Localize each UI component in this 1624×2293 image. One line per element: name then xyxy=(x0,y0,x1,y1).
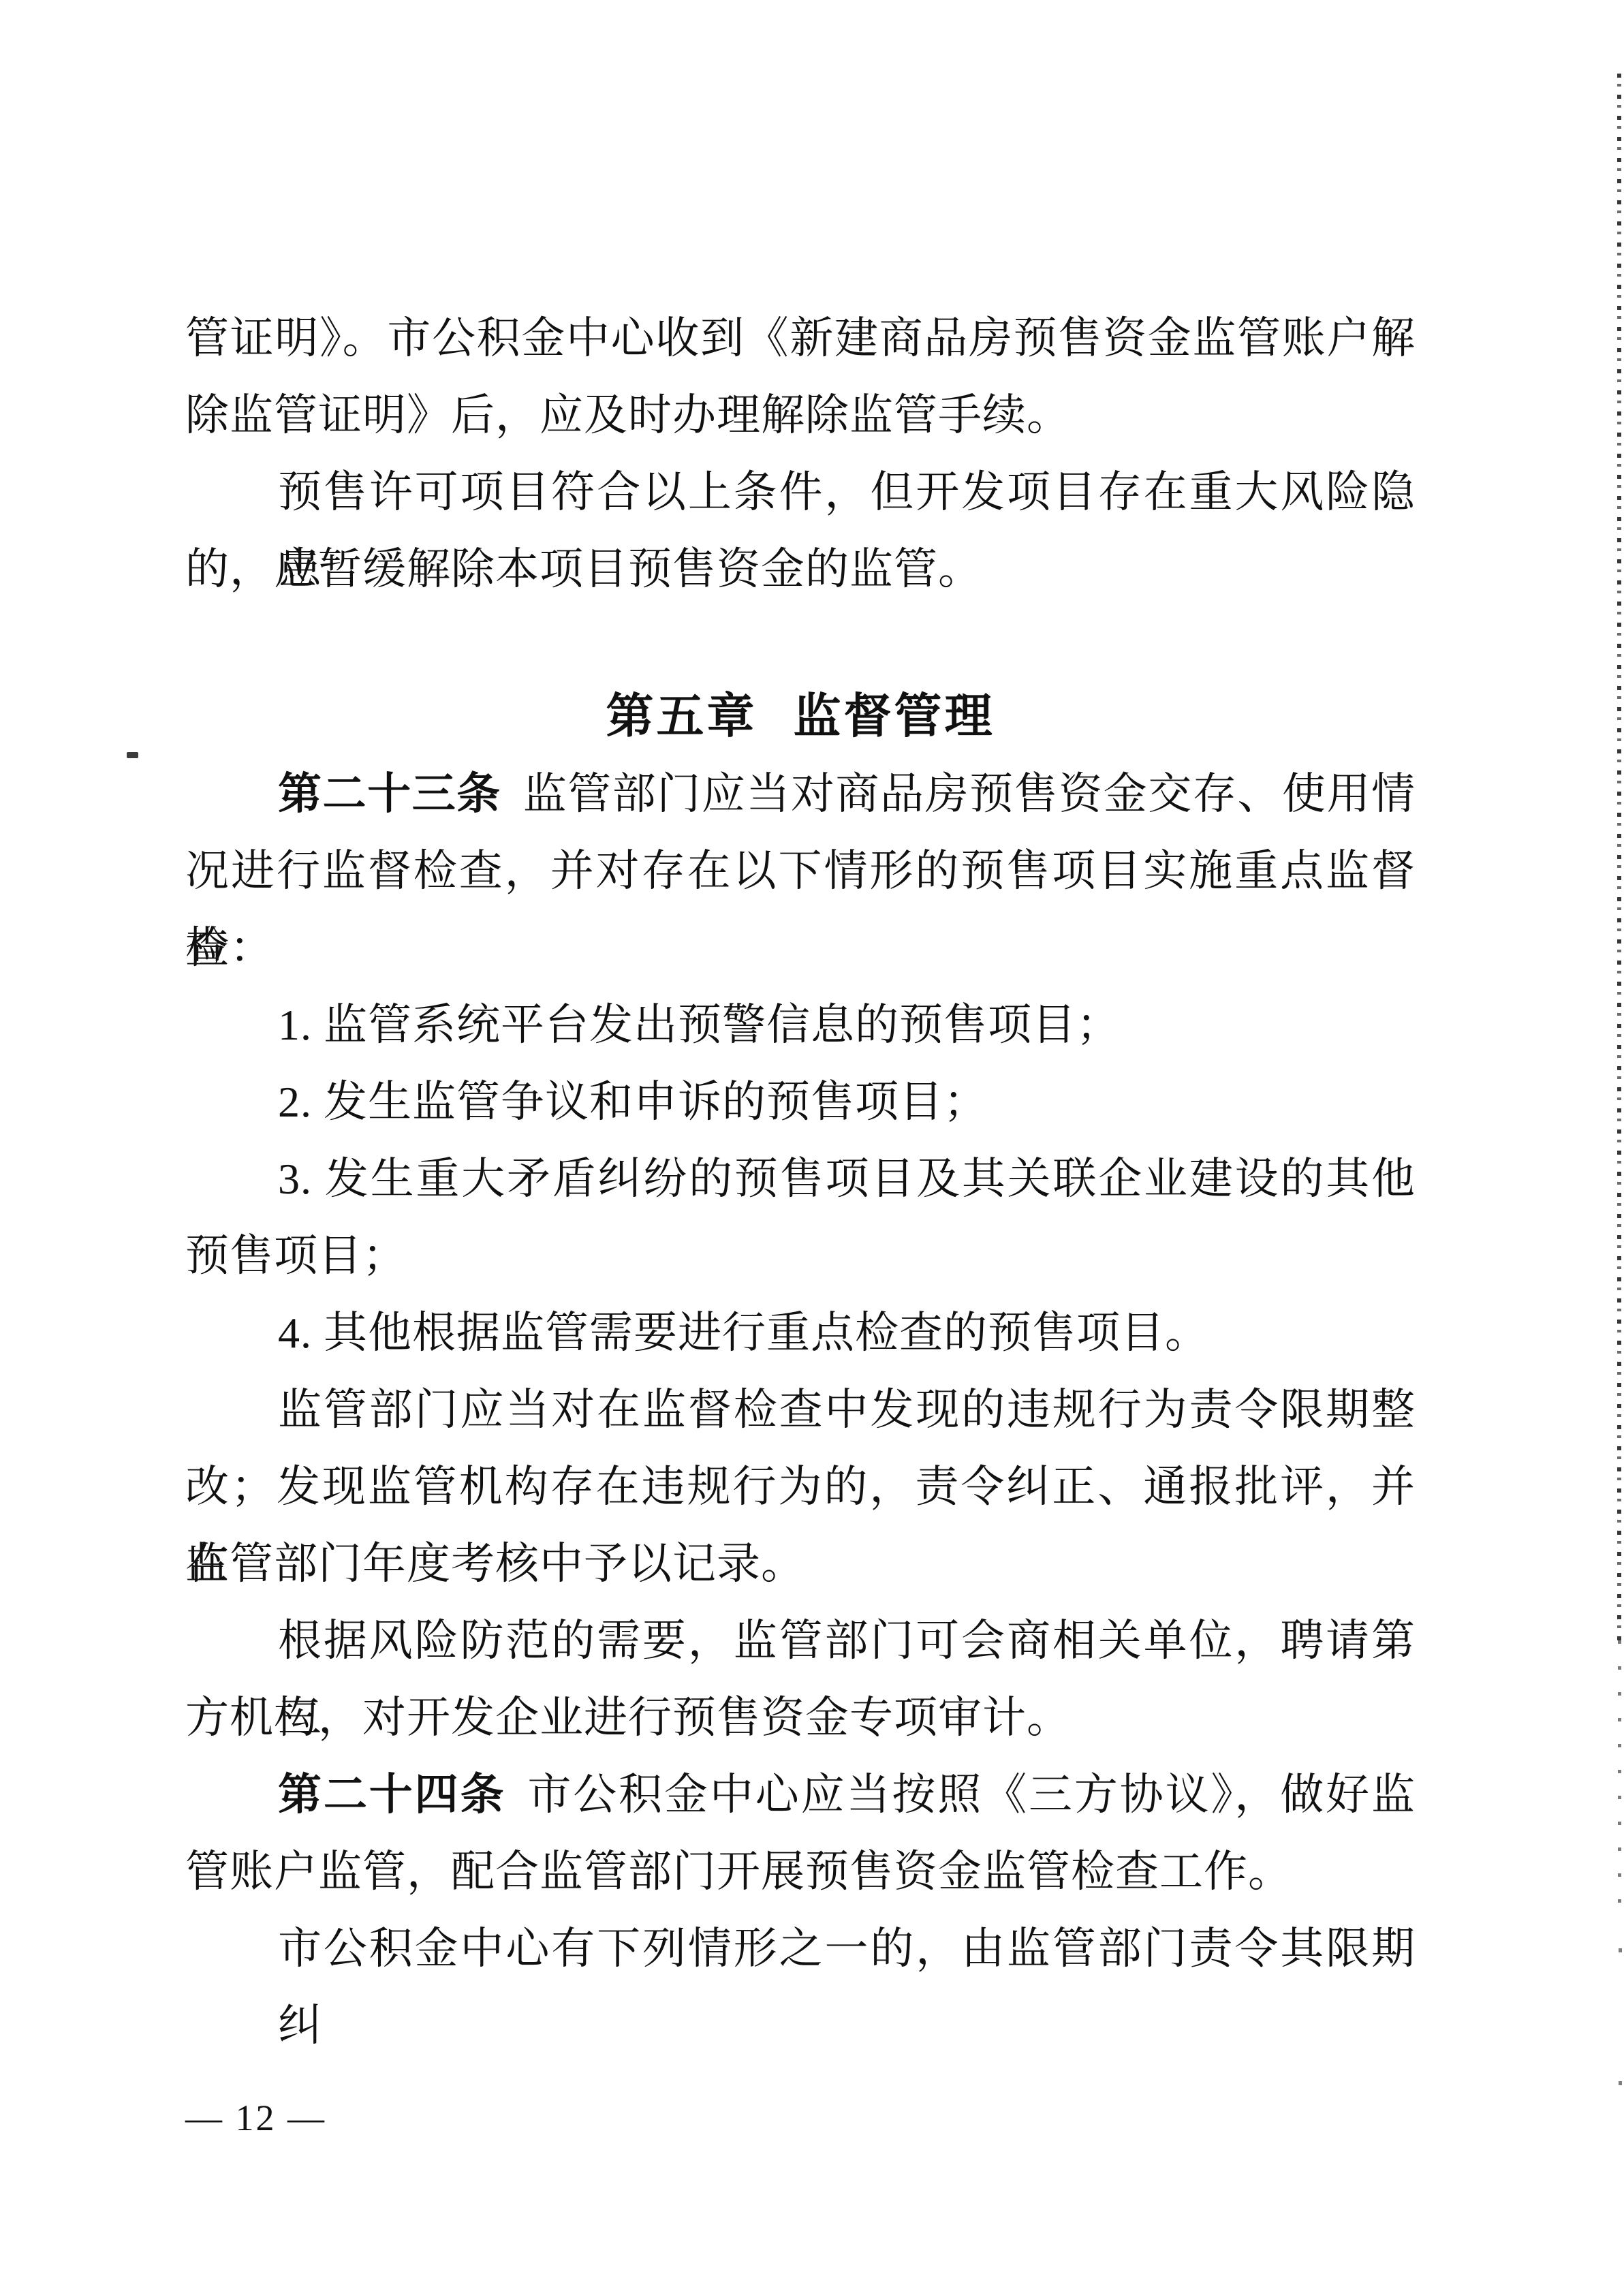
chapter-heading: 第五章 监督管理 xyxy=(185,678,1416,755)
body-line: 第二十三条监管部门应当对商品房预售资金交存、使用情 xyxy=(185,755,1416,832)
body-line: 管证明》。市公积金中心收到《新建商品房预售资金监管账户解 xyxy=(185,300,1416,377)
line-text: 监管部门年度考核中予以记录。 xyxy=(185,1540,805,1588)
line-text: 方机构，对开发企业进行预售资金专项审计。 xyxy=(185,1694,1071,1742)
article-number: 第二十四条 xyxy=(278,1771,505,1819)
body-line: 预售项目； xyxy=(185,1217,1416,1294)
body-line-list-item: 1. 监管系统平台发出预警信息的预售项目； xyxy=(185,986,1416,1063)
body-line: 预售许可项目符合以上条件，但开发项目存在重大风险隐患 xyxy=(185,454,1416,531)
body-line: 第二十四条市公积金中心应当按照《三方协议》，做好监 xyxy=(185,1756,1416,1833)
body-line-list-item: 2. 发生监管争议和申诉的预售项目； xyxy=(185,1063,1416,1140)
scan-speck xyxy=(127,752,138,758)
body-line: 查： xyxy=(185,909,1416,986)
footer-page-number: — 12 — xyxy=(185,2097,326,2139)
scan-edge-speck xyxy=(1619,2081,1622,2085)
body-line: 除监管证明》后，应及时办理解除监管手续。 xyxy=(185,377,1416,454)
line-text: 查： xyxy=(185,924,274,972)
body-line: 市公积金中心有下列情形之一的，由监管部门责令其限期纠 xyxy=(185,1910,1416,1987)
body-line: 监管部门应当对在监督检查中发现的违规行为责令限期整 xyxy=(185,1371,1416,1448)
article-number: 第二十三条 xyxy=(278,770,501,818)
body-line-list-item: 4. 其他根据监管需要进行重点检查的预售项目。 xyxy=(185,1294,1416,1371)
line-text: 除监管证明》后，应及时办理解除监管手续。 xyxy=(185,391,1071,439)
line-text: 4. 其他根据监管需要进行重点检查的预售项目。 xyxy=(278,1309,1209,1357)
line-text: 市公积金中心应当按照《三方协议》，做好监 xyxy=(527,1771,1416,1819)
body-line: 方机构，对开发企业进行预售资金专项审计。 xyxy=(185,1679,1416,1756)
line-text: 监管部门应当对在监督检查中发现的违规行为责令限期整 xyxy=(278,1386,1416,1434)
document-page: 管证明》。市公积金中心收到《新建商品房预售资金监管账户解 除监管证明》后，应及时… xyxy=(0,0,1624,2293)
line-text: 管账户监管，配合监管部门开展预售资金监管检查工作。 xyxy=(185,1847,1292,1896)
body-line: 根据风险防范的需要，监管部门可会商相关单位，聘请第三 xyxy=(185,1602,1416,1679)
scan-edge-artifact-sparse xyxy=(1618,1640,1621,1907)
line-text: 2. 发生监管争议和申诉的预售项目； xyxy=(278,1078,988,1126)
body-line: 况进行监督检查，并对存在以下情形的预售项目实施重点监督检 xyxy=(185,832,1416,909)
body-line: 管账户监管，配合监管部门开展预售资金监管检查工作。 xyxy=(185,1833,1416,1910)
document-body: 管证明》。市公积金中心收到《新建商品房预售资金监管账户解 除监管证明》后，应及时… xyxy=(185,300,1416,1987)
line-text: 的，应暂缓解除本项目预售资金的监管。 xyxy=(185,545,982,593)
line-text: 监管部门应当对商品房预售资金交存、使用情 xyxy=(523,770,1416,818)
line-text: 3. 发生重大矛盾纠纷的预售项目及其关联企业建设的其他 xyxy=(278,1155,1416,1203)
body-line-list-item: 3. 发生重大矛盾纠纷的预售项目及其关联企业建设的其他 xyxy=(185,1140,1416,1217)
line-text: 预售项目； xyxy=(185,1232,407,1280)
line-text: 管证明》。市公积金中心收到《新建商品房预售资金监管账户解 xyxy=(185,314,1416,362)
body-line: 改；发现监管机构存在违规行为的，责令纠正、通报批评，并在 xyxy=(185,1448,1416,1525)
scan-edge-speck xyxy=(1619,1948,1622,1952)
body-line: 的，应暂缓解除本项目预售资金的监管。 xyxy=(185,531,1416,608)
line-text: 市公积金中心有下列情形之一的，由监管部门责令其限期纠 xyxy=(278,1924,1416,2050)
scan-edge-artifact-dense xyxy=(1617,74,1621,1640)
body-line: 监管部门年度考核中予以记录。 xyxy=(185,1525,1416,1602)
line-text: 1. 监管系统平台发出预警信息的预售项目； xyxy=(278,1001,1121,1049)
